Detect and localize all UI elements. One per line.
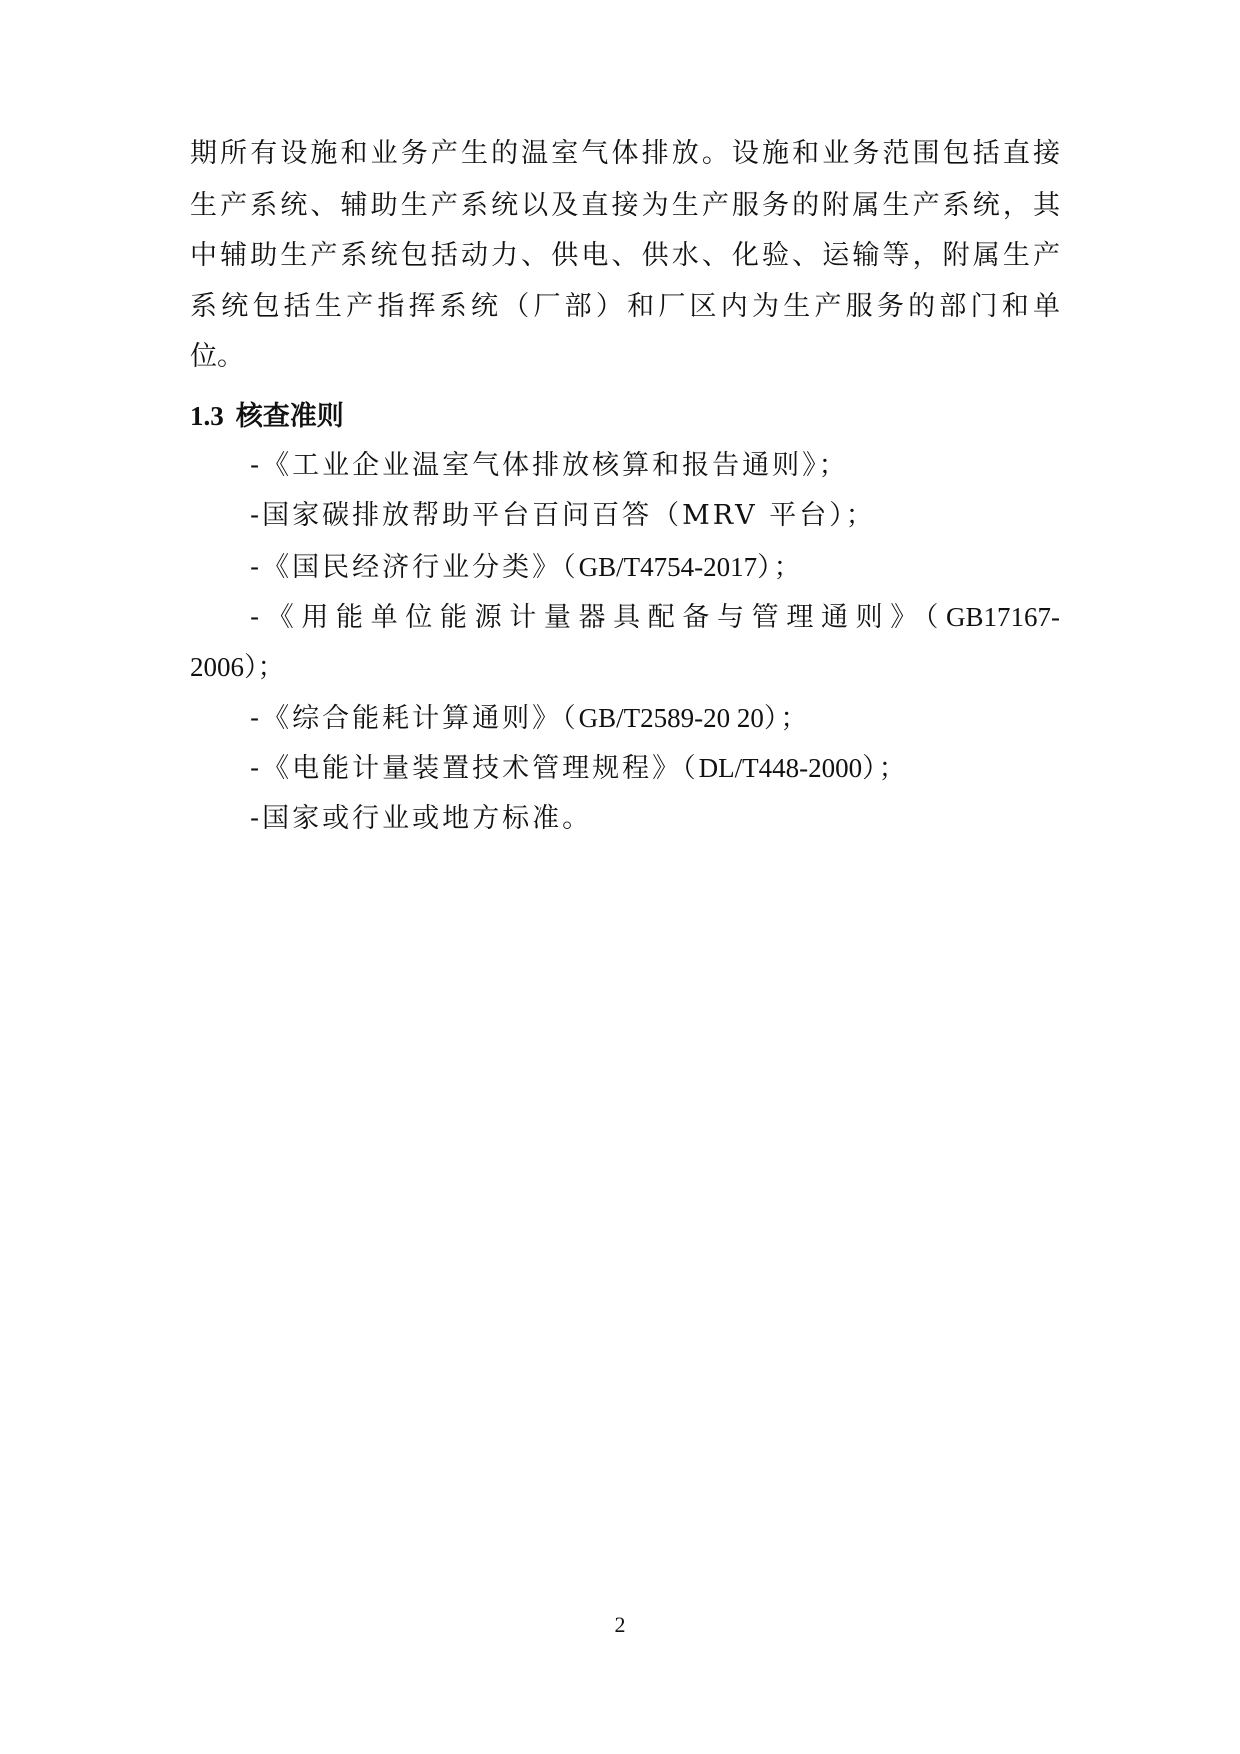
criteria-item: -国家或行业或地方标准。: [250, 801, 592, 837]
standard-code: GB/T2589-20 20: [579, 703, 764, 733]
page-number: 2: [0, 1612, 1240, 1638]
criteria-text: -《用能单位能源计量器具配备与管理通则》（: [250, 602, 946, 633]
criteria-item: -国家碳排放帮助平台百问百答（MRV 平台）；: [250, 498, 876, 534]
criteria-continuation: 2006）；: [190, 649, 285, 685]
section-number: 1.3: [190, 401, 224, 431]
paragraph-line: 位。: [190, 339, 1060, 375]
paragraph-line: 中辅助生产系统包括动力、供电、供水、化验、运输等，附属生产: [190, 238, 1060, 274]
document-page: 期所有设施和业务产生的温室气体排放。设施和业务范围包括直接 生产系统、辅助生产系…: [0, 0, 1240, 1754]
criteria-tail: ）；: [757, 552, 804, 583]
criteria-item: -《电能计量装置技术管理规程》（DL/T448-2000）；: [250, 750, 909, 787]
criteria-item: -《工业企业温室气体排放核算和报告通则》；: [250, 448, 849, 484]
criteria-tail: ）；: [862, 753, 909, 784]
standard-code: GB/T4754-2017: [579, 552, 758, 582]
criteria-text: -《电能计量装置技术管理规程》（: [250, 753, 699, 784]
criteria-text: -《综合能耗计算通则》（: [250, 703, 579, 734]
paragraph-line: 系统包括生产指挥系统（厂部）和厂区内为生产服务的部门和单: [190, 289, 1060, 325]
standard-code: GB17167-: [946, 602, 1060, 632]
criteria-text: -《国民经济行业分类》（: [250, 552, 579, 583]
criteria-text: -国家或行业或地方标准。: [250, 803, 592, 834]
paragraph-line: 生产系统、辅助生产系统以及直接为生产服务的附属生产系统，其: [190, 188, 1060, 224]
section-title: 核查准则: [236, 401, 344, 432]
standard-code: DL/T448-2000: [699, 753, 862, 783]
criteria-text: -国家碳排放帮助平台百问百答（MRV 平台）；: [250, 500, 876, 531]
criteria-text: -《工业企业温室气体排放核算和报告通则》；: [250, 450, 849, 481]
criteria-tail: ）；: [764, 703, 811, 734]
section-heading: 1.3核查准则: [190, 398, 344, 435]
criteria-item: -《国民经济行业分类》（GB/T4754-2017）；: [250, 549, 804, 586]
criteria-item: -《用能单位能源计量器具配备与管理通则》（GB17167-: [250, 599, 1060, 636]
paragraph-line: 期所有设施和业务产生的温室气体排放。设施和业务范围包括直接: [190, 136, 1060, 172]
criteria-item: -《综合能耗计算通则》（GB/T2589-20 20）；: [250, 700, 810, 737]
